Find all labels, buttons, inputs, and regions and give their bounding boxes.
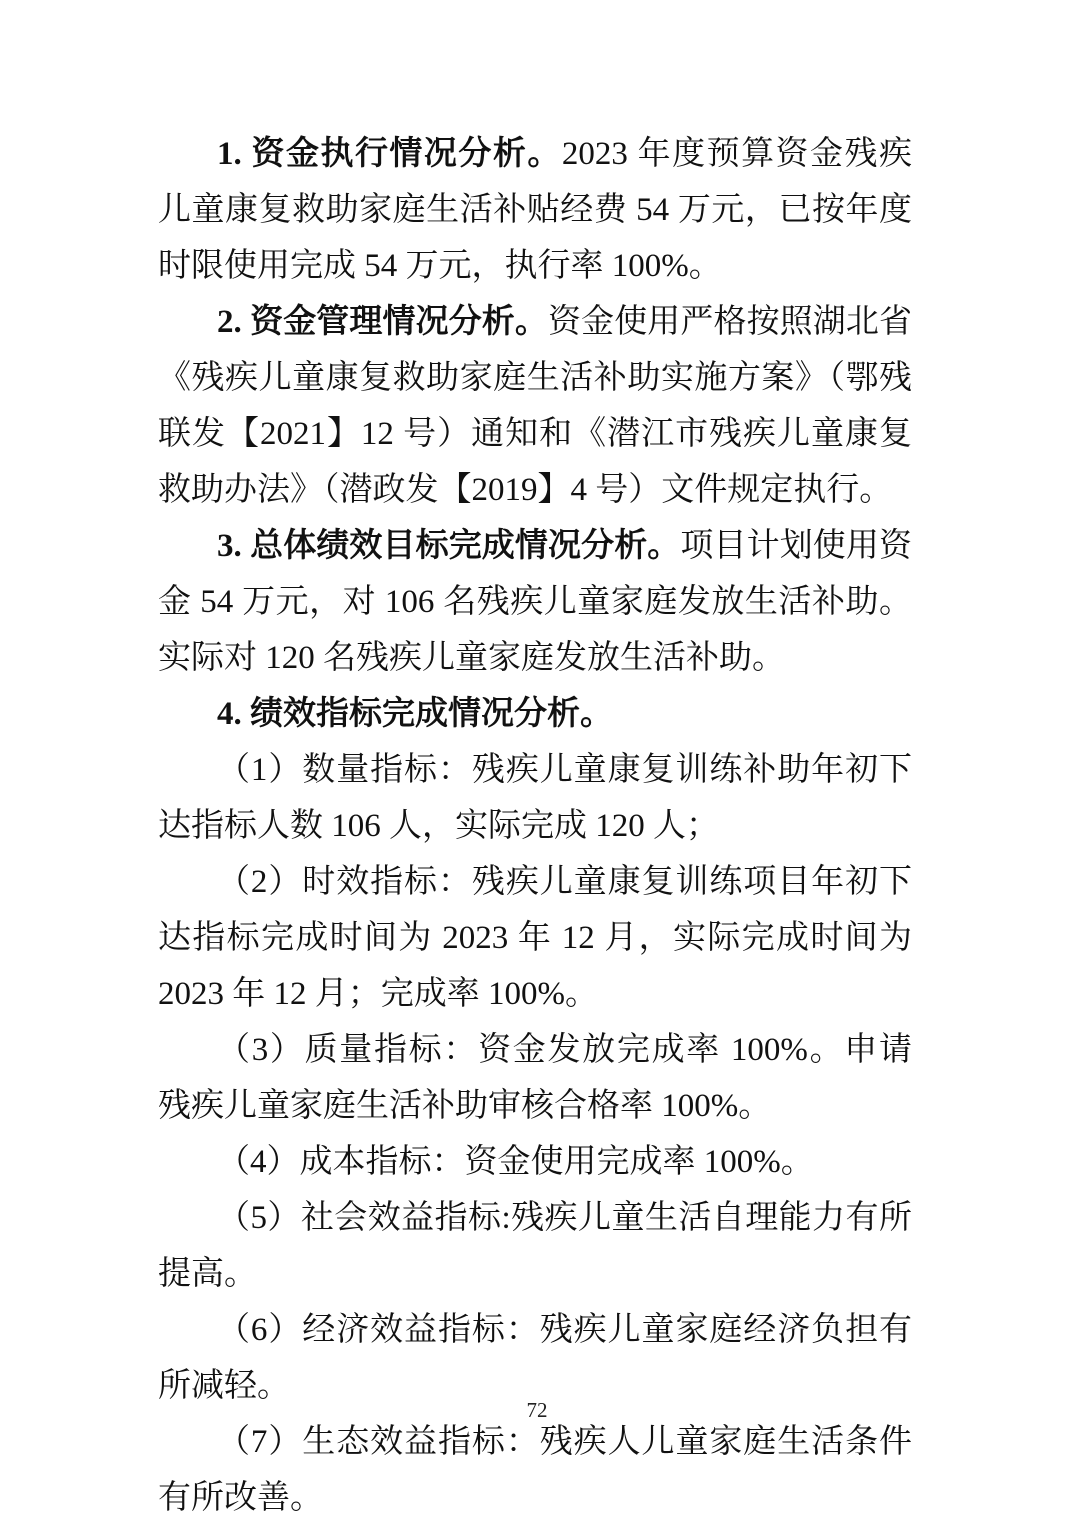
paragraph-social-benefit-indicator: （5）社会效益指标:残疾儿童生活自理能力有所提高。	[158, 1190, 912, 1302]
paragraph-text: （6）经济效益指标：残疾儿童家庭经济负担有所减轻。	[158, 1312, 912, 1404]
paragraph-quality-indicator: （3）质量指标：资金发放完成率 100%。申请残疾儿童家庭生活补助审核合格率 1…	[158, 1022, 912, 1134]
page-footer: 72	[0, 1398, 1074, 1423]
document-page: 1. 资金执行情况分析。2023 年度预算资金残疾儿童康复救助家庭生活补贴经费 …	[0, 0, 1074, 1520]
paragraph-text: （1）数量指标：残疾儿童康复训练补助年初下达指标人数 106 人，实际完成 12…	[158, 752, 912, 844]
paragraph-lead: 4. 绩效指标完成情况分析。	[217, 696, 613, 732]
paragraph-timeliness-indicator: （2）时效指标：残疾儿童康复训练项目年初下达指标完成时间为 2023 年 12 …	[158, 854, 912, 1022]
paragraph-overall-performance-goal-analysis: 3. 总体绩效目标完成情况分析。项目计划使用资金 54 万元，对 106 名残疾…	[158, 518, 912, 686]
paragraph-text: （3）质量指标：资金发放完成率 100%。申请残疾儿童家庭生活补助审核合格率 1…	[158, 1032, 912, 1124]
paragraph-cost-indicator: （4）成本指标：资金使用完成率 100%。	[158, 1134, 912, 1190]
paragraph-lead: 2. 资金管理情况分析。	[217, 304, 548, 340]
paragraph-ecological-benefit-indicator: （7）生态效益指标：残疾人儿童家庭生活条件有所改善。	[158, 1414, 912, 1520]
paragraph-lead: 3. 总体绩效目标完成情况分析。	[217, 528, 680, 564]
paragraph-text: （7）生态效益指标：残疾人儿童家庭生活条件有所改善。	[158, 1424, 912, 1516]
paragraph-performance-indicator-analysis-heading: 4. 绩效指标完成情况分析。	[158, 686, 912, 742]
paragraph-text: （4）成本指标：资金使用完成率 100%。	[217, 1144, 814, 1180]
paragraph-fund-management-analysis: 2. 资金管理情况分析。资金使用严格按照湖北省《残疾儿童康复救助家庭生活补助实施…	[158, 294, 912, 518]
paragraph-text: （5）社会效益指标:残疾儿童生活自理能力有所提高。	[158, 1200, 912, 1292]
page-number: 72	[527, 1398, 548, 1422]
paragraph-text: （2）时效指标：残疾儿童康复训练项目年初下达指标完成时间为 2023 年 12 …	[158, 864, 912, 1012]
document-body: 1. 资金执行情况分析。2023 年度预算资金残疾儿童康复救助家庭生活补贴经费 …	[158, 126, 912, 1520]
paragraph-lead: 1. 资金执行情况分析。	[217, 136, 562, 172]
paragraph-fund-execution-analysis: 1. 资金执行情况分析。2023 年度预算资金残疾儿童康复救助家庭生活补贴经费 …	[158, 126, 912, 294]
paragraph-quantity-indicator: （1）数量指标：残疾儿童康复训练补助年初下达指标人数 106 人，实际完成 12…	[158, 742, 912, 854]
